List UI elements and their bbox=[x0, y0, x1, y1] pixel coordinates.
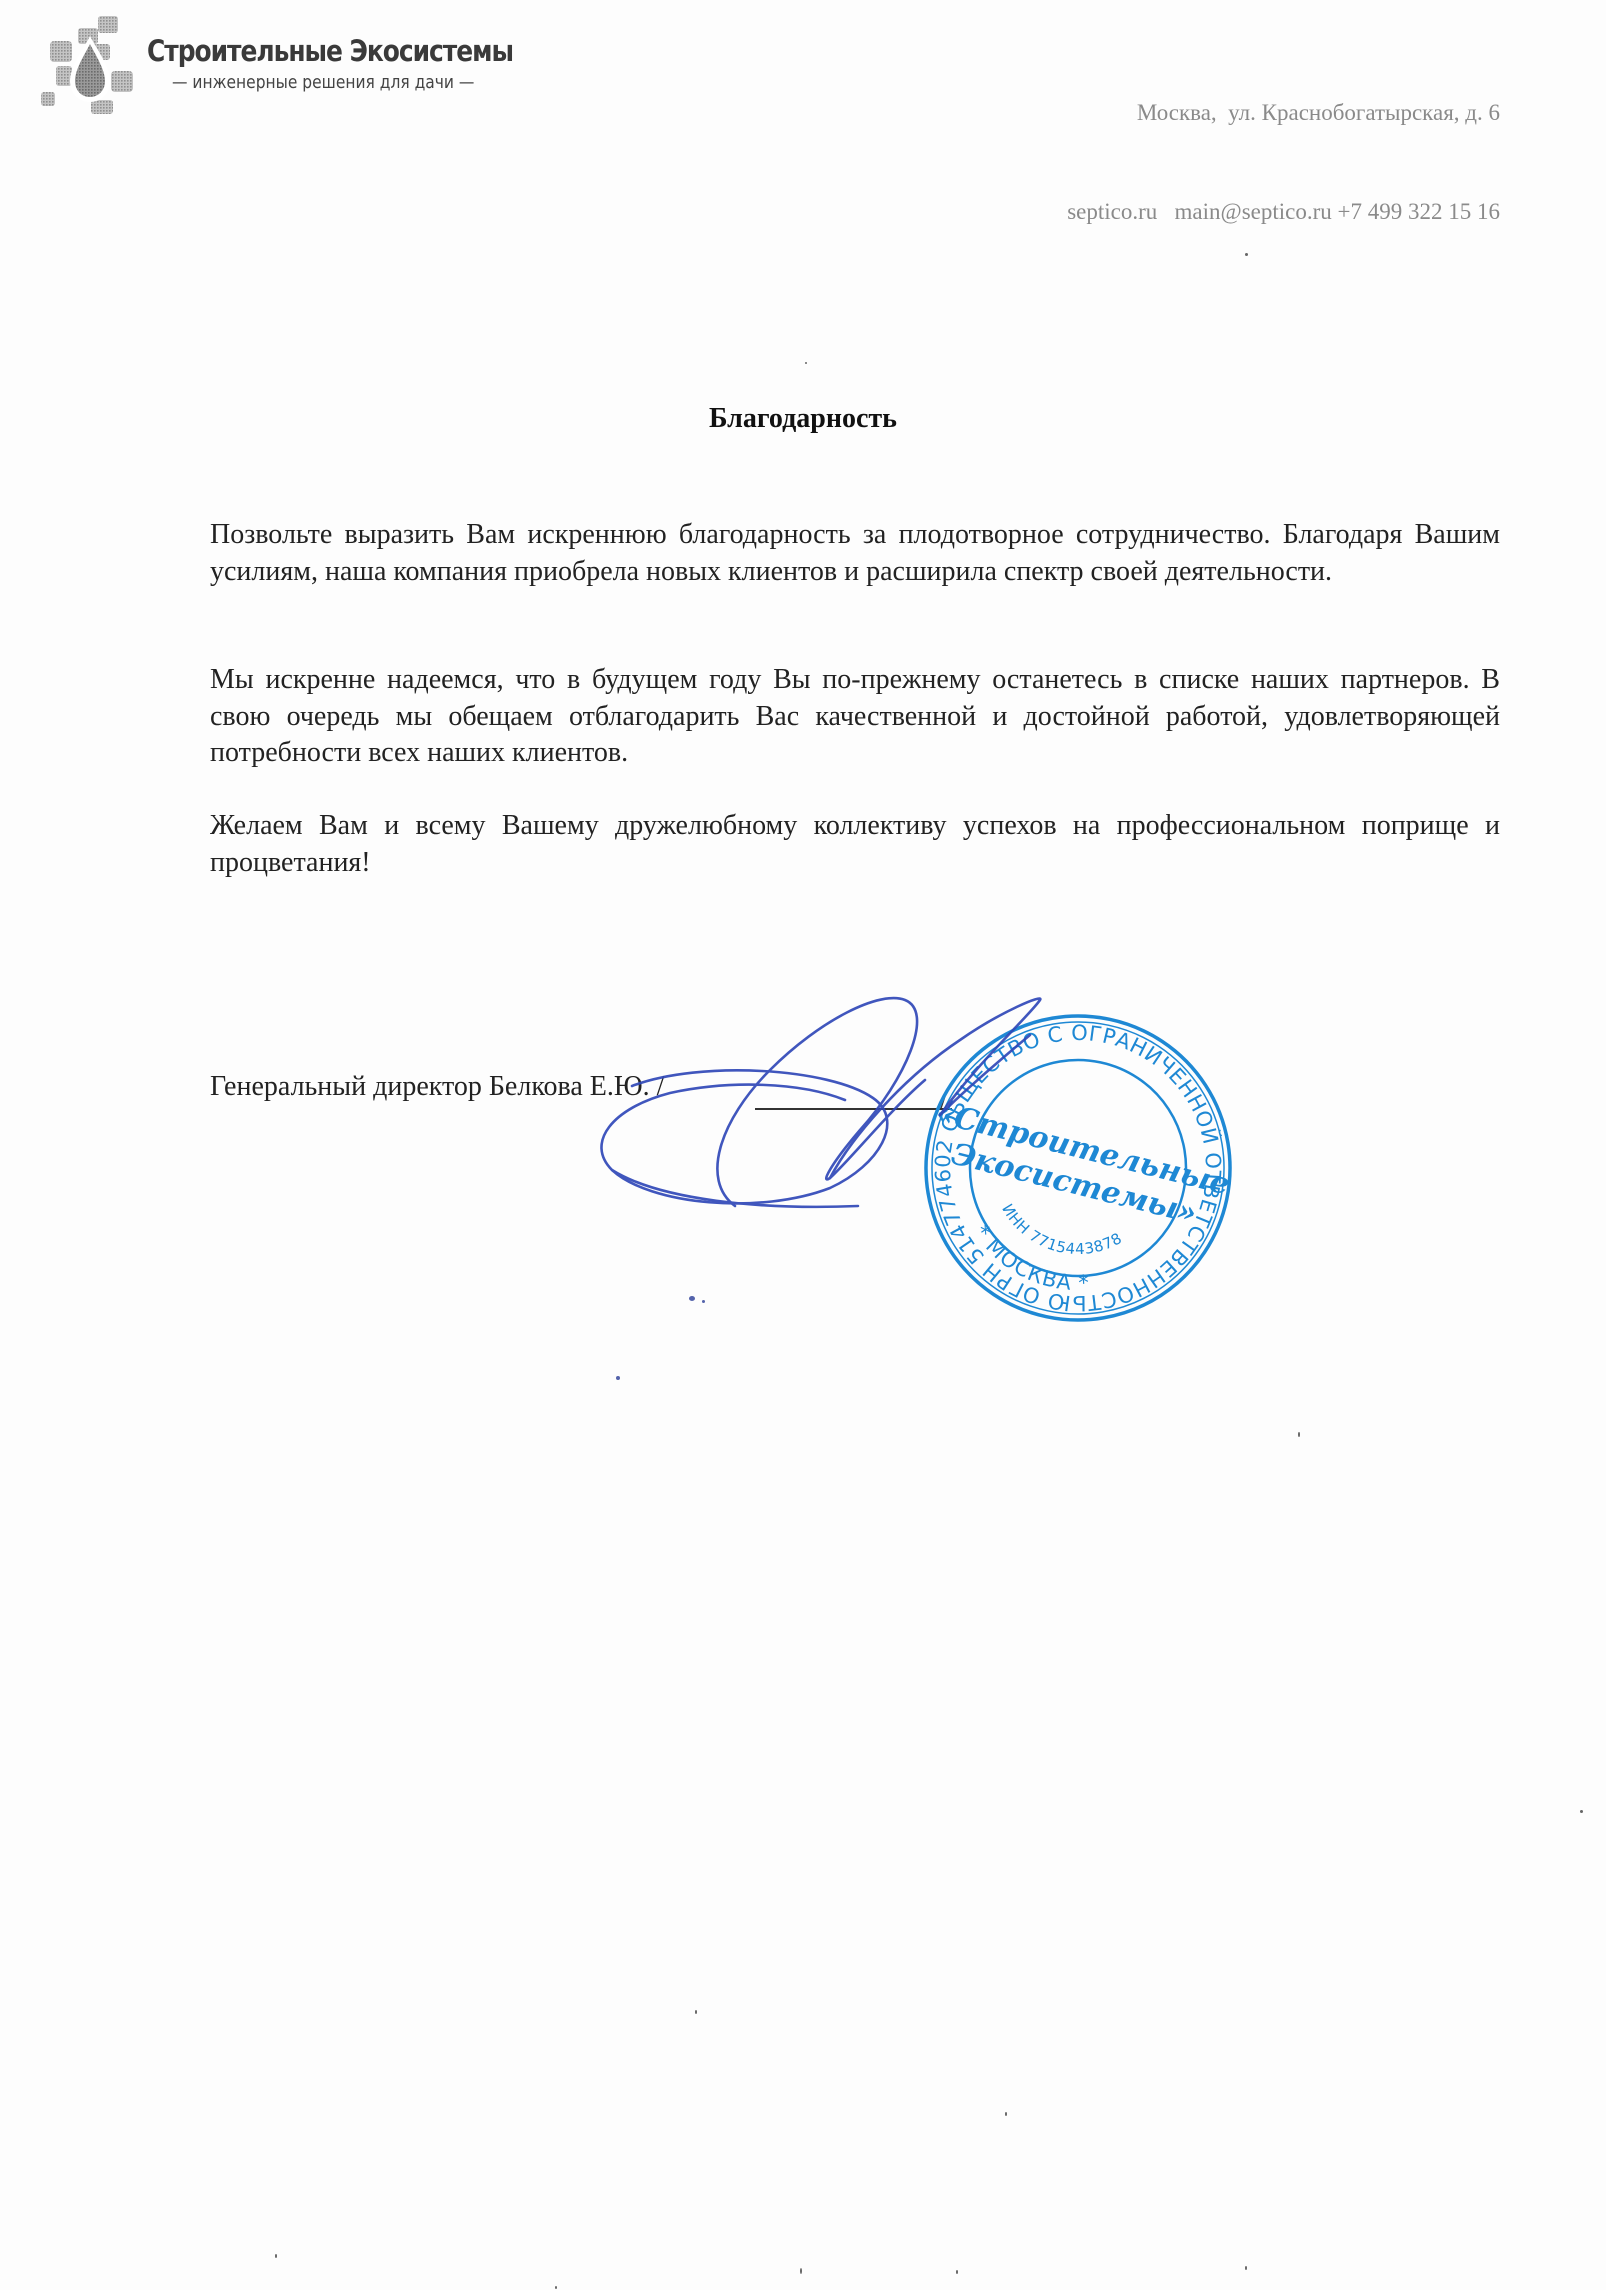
paragraph-1: Позвольте выразить Вам искреннюю благода… bbox=[210, 517, 1500, 590]
scan-speck bbox=[1005, 2112, 1007, 2116]
document-title: Благодарность bbox=[0, 403, 1606, 435]
scan-speck bbox=[1245, 2266, 1247, 2270]
company-address: Москва, ул. Краснобогатырская, д. 6 bbox=[1067, 96, 1500, 129]
company-seal-stamp: ОБЩЕСТВО С ОГРАНИЧЕННОЙ ОТВЕТСТВЕННОСТЬЮ… bbox=[918, 1008, 1238, 1328]
scan-speck bbox=[800, 2268, 802, 2274]
handwritten-signature bbox=[0, 0, 1606, 2290]
company-name: Строительные Экосистемы bbox=[147, 34, 513, 68]
scan-speck bbox=[956, 2270, 958, 2274]
scan-speck bbox=[1298, 1432, 1300, 1437]
company-logo-icon bbox=[34, 14, 146, 116]
signatory-label: Генеральный директор Белкова Е.Ю. / bbox=[210, 1071, 664, 1103]
scan-speck bbox=[689, 1296, 695, 1301]
scan-speck bbox=[555, 2286, 557, 2289]
scan-speck bbox=[702, 1300, 705, 1303]
letter-page: Строительные Экосистемы — инженерные реш… bbox=[0, 0, 1606, 2290]
scan-speck bbox=[1245, 253, 1248, 256]
company-contacts: septico.ru main@septico.ru +7 499 322 15… bbox=[1067, 195, 1500, 228]
scan-speck bbox=[275, 2254, 277, 2258]
paragraph-3: Желаем Вам и всему Вашему дружелюбному к… bbox=[210, 808, 1500, 881]
company-tagline: — инженерные решения для дачи — bbox=[172, 72, 474, 93]
paragraph-2: Мы искренне надеемся, что в будущем году… bbox=[210, 662, 1500, 772]
scan-speck bbox=[805, 362, 807, 364]
scan-speck bbox=[1580, 1810, 1583, 1813]
contact-block: Москва, ул. Краснобогатырская, д. 6 sept… bbox=[1067, 30, 1500, 294]
scan-speck bbox=[616, 1376, 620, 1380]
scan-speck bbox=[695, 2010, 697, 2014]
